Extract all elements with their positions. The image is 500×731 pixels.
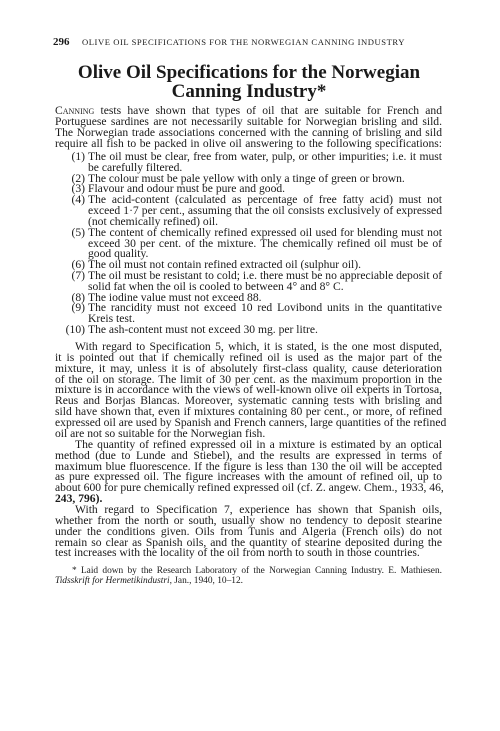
page-number: 296 [53, 36, 70, 48]
spec-text: The rancidity must not exceed 10 red Lov… [88, 302, 442, 313]
spec-number: (5) [55, 227, 85, 238]
running-header: 296 OLIVE OIL SPECIFICATIONS FOR THE NOR… [53, 36, 448, 48]
spec-number: (1) [55, 151, 85, 162]
spec-number: (7) [55, 270, 85, 281]
intro-line: require all fish to be packed in olive o… [55, 138, 442, 149]
spec-number: (10) [55, 324, 85, 335]
running-title: OLIVE OIL SPECIFICATIONS FOR THE NORWEGI… [82, 37, 405, 47]
spec-text: The ash-content must not exceed 30 mg. p… [88, 324, 442, 335]
spec-number: (9) [55, 302, 85, 313]
journal-name: Tidsskrift for Hermetikindustri [55, 576, 170, 586]
footnote-line: Tidsskrift for Hermetikindustri, Jan., 1… [55, 576, 442, 586]
article-title-line-1: Olive Oil Specifications for the Norwegi… [55, 63, 443, 82]
journal-page: 296 OLIVE OIL SPECIFICATIONS FOR THE NOR… [0, 0, 500, 731]
spec-number: (4) [55, 194, 85, 205]
footnote-line: * Laid down by the Research Laboratory o… [72, 566, 442, 576]
article-title-line-2: Canning Industry* [55, 82, 443, 101]
